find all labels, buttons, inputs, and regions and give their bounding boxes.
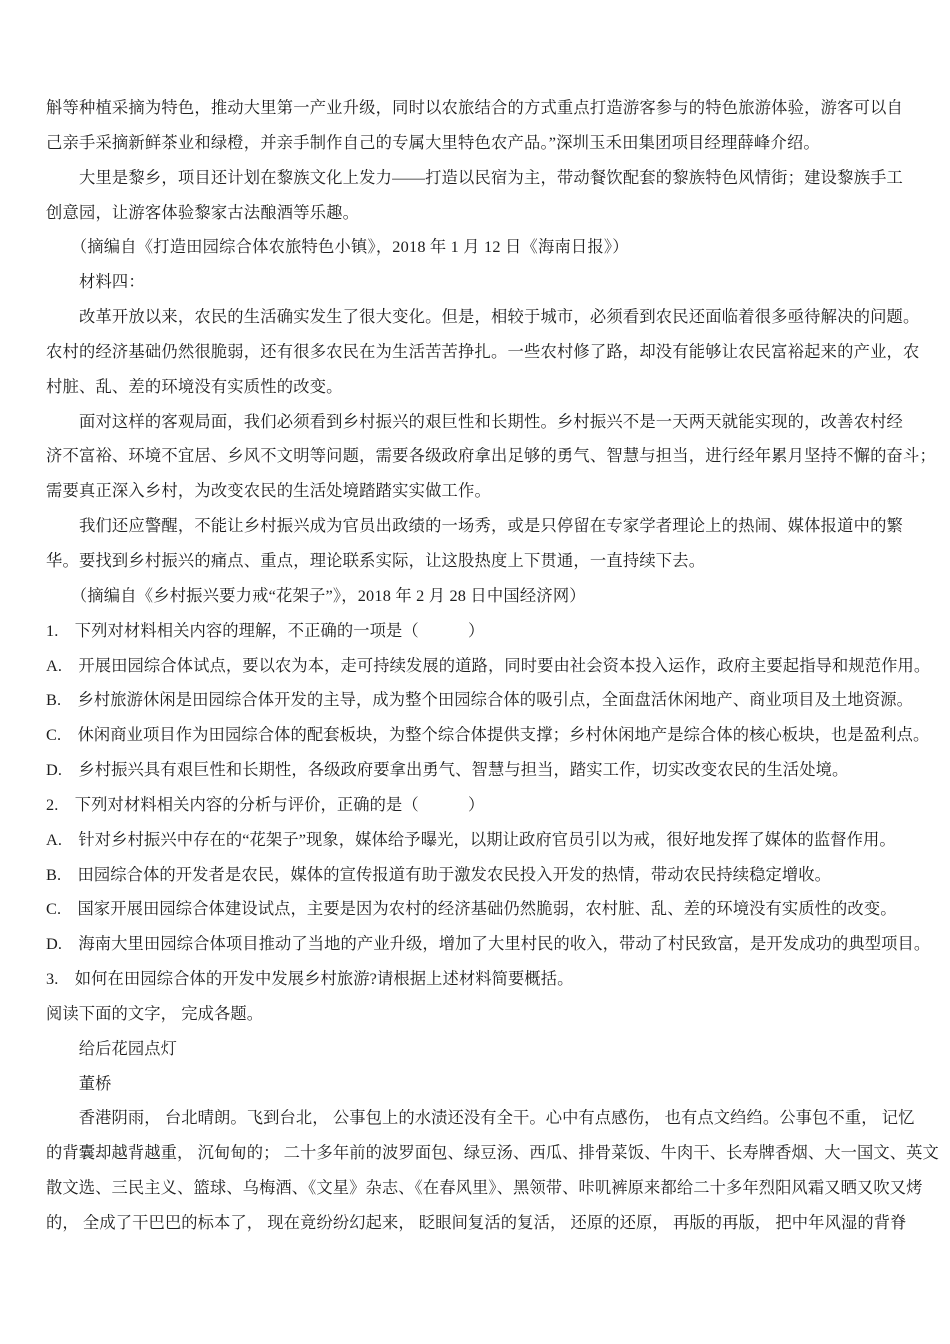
text-line: 斛等种植采摘为特色，推动大里第一产业升级，同时以农旅结合的方式重点打造游客参与的… [46, 91, 920, 126]
material-4-heading: 材料四： [46, 265, 920, 300]
question-2-stem: 2. 下列对材料相关内容的分析与评价，正确的是（ ） [46, 788, 920, 823]
exam-document-page: 斛等种植采摘为特色，推动大里第一产业升级，同时以农旅结合的方式重点打造游客参与的… [0, 0, 950, 1241]
text-line: 我们还应警醒，不能让乡村振兴成为官员出政绩的一场秀，或是只停留在专家学者理论上的… [46, 509, 920, 544]
reading-instruction: 阅读下面的文字， 完成各题。 [46, 997, 920, 1032]
question-1-option-c: C. 休闲商业项目作为田园综合体的配套板块，为整个综合体提供支撑；乡村休闲地产是… [46, 718, 920, 753]
text-line: 散文选、三民主义、篮球、乌梅酒、《文星》杂志、《在春风里》、黑领带、咔叽裤原来都… [46, 1171, 920, 1206]
text-line: 香港阴雨， 台北晴朗。飞到台北， 公事包上的水渍还没有全干。心中有点感伤， 也有… [46, 1101, 920, 1136]
essay-section: 阅读下面的文字， 完成各题。 给后花园点灯 董桥 香港阴雨， 台北晴朗。飞到台北… [46, 997, 920, 1241]
text-line: 济不富裕、环境不宜居、乡风不文明等问题，需要各级政府拿出足够的勇气、智慧与担当，… [46, 439, 920, 474]
question-3-stem: 3. 如何在田园综合体的开发中发展乡村旅游?请根据上述材料简要概括。 [46, 962, 920, 997]
question-1-option-b: B. 乡村旅游休闲是田园综合体开发的主导，成为整个田园综合体的吸引点，全面盘活休… [46, 683, 920, 718]
question-3: 3. 如何在田园综合体的开发中发展乡村旅游?请根据上述材料简要概括。 [46, 962, 920, 997]
question-2-option-a: A. 针对乡村振兴中存在的“花架子”现象，媒体给予曝光，以期让政府官员引以为戒，… [46, 823, 920, 858]
question-2: 2. 下列对材料相关内容的分析与评价，正确的是（ ） A. 针对乡村振兴中存在的… [46, 788, 920, 962]
text-line: 村脏、乱、差的环境没有实质性的改变。 [46, 370, 920, 405]
text-line: 己亲手采摘新鲜茶业和绿橙，并亲手制作自己的专属大里特色农产品。”深圳玉禾田集团项… [46, 126, 920, 161]
question-2-option-d: D. 海南大里田园综合体项目推动了当地的产业升级，增加了大里村民的收入，带动了村… [46, 927, 920, 962]
question-1-option-a: A. 开展田园综合体试点，要以农为本，走可持续发展的道路，同时要由社会资本投入运… [46, 649, 920, 684]
text-line: 创意园，让游客体验黎家古法酿酒等乐趣。 [46, 196, 920, 231]
material-4-citation: （摘编自《乡村振兴要力戒“花架子”》，2018 年 2 月 28 日中国经济网） [46, 579, 920, 614]
question-1-option-d: D. 乡村振兴具有艰巨性和长期性，各级政府要拿出勇气、智慧与担当，踏实工作，切实… [46, 753, 920, 788]
material-4: 材料四： 改革开放以来，农民的生活确实发生了很大变化。但是，相较于城市，必须看到… [46, 265, 920, 613]
text-line: 华。要找到乡村振兴的痛点、重点，理论联系实际，让这股热度上下贯通，一直持续下去。 [46, 544, 920, 579]
question-2-option-b: B. 田园综合体的开发者是农民，媒体的宣传报道有助于激发农民投入开发的热情，带动… [46, 858, 920, 893]
text-line: 面对这样的客观局面，我们必须看到乡村振兴的艰巨性和长期性。乡村振兴不是一天两天就… [46, 405, 920, 440]
text-line: 改革开放以来，农民的生活确实发生了很大变化。但是，相较于城市，必须看到农民还面临… [46, 300, 920, 335]
question-1: 1. 下列对材料相关内容的理解，不正确的一项是（ ） A. 开展田园综合体试点，… [46, 614, 920, 788]
text-line: 大里是黎乡，项目还计划在黎族文化上发力——打造以民宿为主，带动餐饮配套的黎族特色… [46, 161, 920, 196]
material-3-continuation: 斛等种植采摘为特色，推动大里第一产业升级，同时以农旅结合的方式重点打造游客参与的… [46, 91, 920, 265]
essay-title: 给后花园点灯 [46, 1032, 920, 1067]
material-3-citation: （摘编自《打造田园综合体农旅特色小镇》，2018 年 1 月 12 日《海南日报… [46, 230, 920, 265]
essay-author: 董桥 [46, 1067, 920, 1102]
text-line: 农村的经济基础仍然很脆弱，还有很多农民在为生活苦苦挣扎。一些农村修了路，却没有能… [46, 335, 920, 370]
text-line: 的， 全成了干巴巴的标本了， 现在竟纷纷幻起来， 眨眼间复活的复活， 还原的还原… [46, 1206, 920, 1241]
text-line: 的背囊却越背越重， 沉甸甸的； 二十多年前的波罗面包、绿豆汤、西瓜、排骨菜饭、牛… [46, 1136, 920, 1171]
question-2-option-c: C. 国家开展田园综合体建设试点，主要是因为农村的经济基础仍然脆弱，农村脏、乱、… [46, 892, 920, 927]
question-1-stem: 1. 下列对材料相关内容的理解，不正确的一项是（ ） [46, 614, 920, 649]
text-line: 需要真正深入乡村，为改变农民的生活处境踏踏实实做工作。 [46, 474, 920, 509]
